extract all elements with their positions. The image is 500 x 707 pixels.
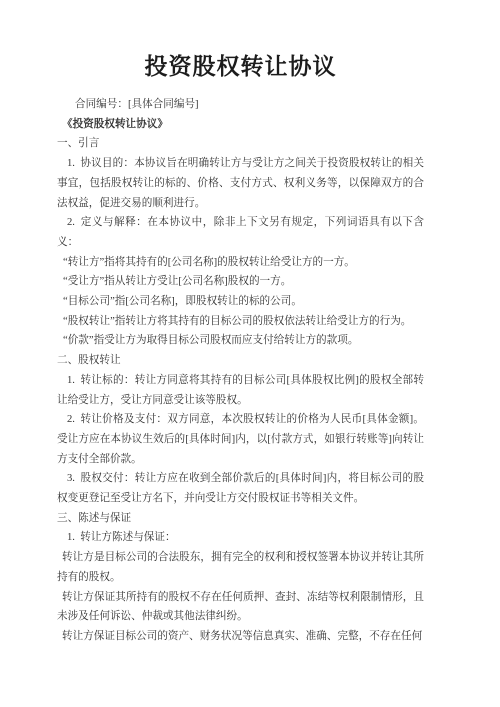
paragraph-numbered-4: 2. 定义与解释：在本协议中，除非上下文另有规定，下列词语具有以下含义： (57, 213, 424, 252)
paragraph-numbered-11: 1. 转让标的：转让方同意将其持有的目标公司[具体股权比例]的股权全部转让给受让… (57, 371, 424, 410)
paragraph-def-9: “价款”指受让方为取得目标公司股权而应支付给转让方的款项。 (57, 331, 424, 351)
paragraph-heading-10: 二、股权转让 (57, 351, 424, 371)
paragraph-def-7: “目标公司”指[公司名称]，即股权转让的标的公司。 (57, 292, 424, 312)
paragraph-numbered-15: 1. 转让方陈述与保证： (57, 528, 424, 548)
paragraph-meta-0: 合同编号：[具体合同编号] (57, 95, 424, 115)
document-page: 投资股权转让协议 合同编号：[具体合同编号]《投资股权转让协议》一、引言1. 协… (0, 0, 500, 707)
paragraph-body-16: 转让方是目标公司的合法股东，拥有完全的权利和授权签署本协议并转让其所持有的股权。 (57, 548, 424, 587)
paragraph-def-6: “受让方”指从转让方受让[公司名称]股权的一方。 (57, 272, 424, 292)
paragraph-heading-14: 三、陈述与保证 (57, 509, 424, 529)
paragraph-def-5: “转让方”指将其持有的[公司名称]的股权转让给受让方的一方。 (57, 253, 424, 273)
document-body: 合同编号：[具体合同编号]《投资股权转让协议》一、引言1. 协议目的：本协议旨在… (57, 95, 424, 647)
paragraph-numbered-12: 2. 转让价格及支付：双方同意，本次股权转让的价格为人民币[具体金额]。受让方应… (57, 410, 424, 469)
paragraph-def-8: “股权转让”指转让方将其持有的目标公司的股权依法转让给受让方的行为。 (57, 312, 424, 332)
paragraph-doc-name-1: 《投资股权转让协议》 (57, 115, 424, 135)
document-title: 投资股权转让协议 (57, 52, 424, 82)
paragraph-body-18: 转让方保证目标公司的资产、财务状况等信息真实、准确、完整，不存在任何 (57, 627, 424, 647)
paragraph-body-17: 转让方保证其所持有的股权不存在任何质押、查封、冻结等权利限制情形，且未涉及任何诉… (57, 588, 424, 627)
paragraph-numbered-3: 1. 协议目的：本协议旨在明确转让方与受让方之间关于投资股权转让的相关事宜，包括… (57, 154, 424, 213)
paragraph-numbered-13: 3. 股权交付：转让方应在收到全部价款后的[具体时间]内，将目标公司的股权变更登… (57, 469, 424, 508)
paragraph-heading-2: 一、引言 (57, 134, 424, 154)
